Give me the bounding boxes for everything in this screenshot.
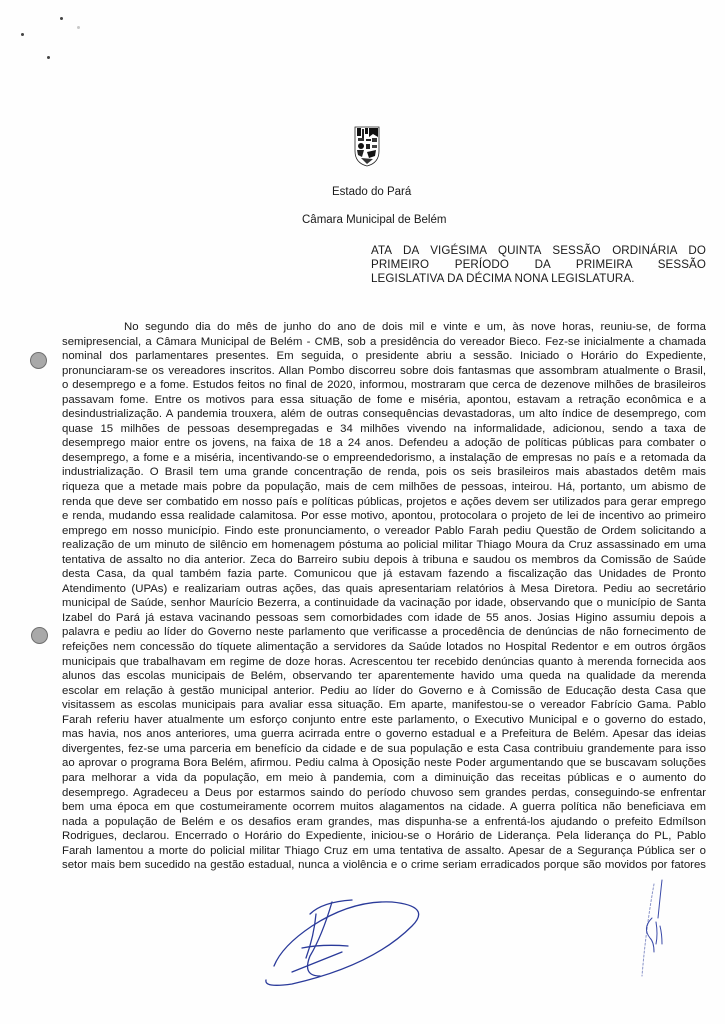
body-line: emprego em nosso município. Findo este p…: [62, 524, 706, 539]
body-line: quase 15 milhões de pessoas desempregada…: [62, 422, 706, 437]
body-line: Izabel do Pará já estava vacinando pesso…: [62, 611, 706, 626]
body-line: mas havia, nos anos anteriores, uma guer…: [62, 727, 706, 742]
body-line: desemprego, a fome e a miséria, incentiv…: [62, 451, 706, 466]
state-name: Estado do Pará: [332, 186, 411, 198]
handwritten-signature: [262, 896, 427, 992]
scan-speck: [77, 26, 80, 29]
body-line: realização de um minuto de silêncio em h…: [62, 538, 706, 553]
minutes-title-line: PRIMEIRO PERÍODO DA PRIMEIRA SESSÃO: [371, 258, 706, 272]
body-line: bem uma época em que costumeiramente oco…: [62, 800, 706, 815]
body-line: visitassem as escolas municipais para av…: [62, 698, 706, 713]
body-line: Rodrigues, declarou. Encerrado o Horário…: [62, 829, 706, 844]
body-line: riqueza que a metade mais pobre da popul…: [62, 480, 706, 495]
body-line: desta Casa, da qual também fazia parte. …: [62, 567, 706, 582]
minutes-title-line: LEGISLATIVA DA DÉCIMA NONA LEGISLATURA.: [371, 272, 706, 286]
body-line: alunos das escolas municipais de Belém, …: [62, 669, 706, 684]
body-line: Farah referiu haver atualmente um esforç…: [62, 713, 706, 728]
scan-speck: [47, 56, 50, 59]
minutes-title-line: ATA DA VIGÉSIMA QUINTA SESSÃO ORDINÁRIA …: [371, 244, 706, 258]
body-line: No segundo dia do mês de junho do ano de…: [62, 320, 706, 335]
scan-speck: [60, 17, 63, 20]
body-line: pronunciaram-se os vereadores inscritos.…: [62, 364, 706, 379]
body-line: tentativa de assalto no dia anterior. Ze…: [62, 553, 706, 568]
chamber-name: Câmara Municipal de Belém: [302, 214, 446, 226]
body-line: palavra e pediu ao líder do Governo nest…: [62, 625, 706, 640]
minutes-title: ATA DA VIGÉSIMA QUINTA SESSÃO ORDINÁRIA …: [371, 244, 706, 286]
body-line: refeições nem concessão do tíquete alime…: [62, 640, 706, 655]
body-line: ao aprovar o programa Bora Belém, afirmo…: [62, 756, 706, 771]
body-line: Farah lamentou a morte do policial milit…: [62, 844, 706, 859]
body-line: renda que deve ser combatido em nosso pa…: [62, 495, 706, 510]
body-line: desemprego. Agradeceu a Deus por estarmo…: [62, 786, 706, 801]
body-line: e renda, mudando essa realidade calamito…: [62, 509, 706, 524]
handwritten-initials: [632, 878, 672, 978]
punch-hole-top: [30, 352, 47, 369]
scan-speck: [21, 33, 24, 36]
body-line: Atendimento (UPAs) e realizariam outras …: [62, 582, 706, 597]
body-line: desemprego maior entre os jovens, na fai…: [62, 436, 706, 451]
body-line: setor mais bem sucedido na gestão estadu…: [62, 858, 706, 873]
punch-hole-bottom: [31, 627, 48, 644]
body-line: semipresencial, a Câmara Municipal de Be…: [62, 335, 706, 350]
body-line: municipais que trabalhavam em regime de …: [62, 655, 706, 670]
body-line: divergentes, fez-se uma parceria em bene…: [62, 742, 706, 757]
body-line: nominal dos parlamentares presentes. Em …: [62, 349, 706, 364]
body-line: industrialização. O Brasil tem uma grand…: [62, 465, 706, 480]
coat-of-arms-icon: [354, 125, 380, 167]
scanned-document-page: Estado do Pará Câmara Municipal de Belém…: [0, 0, 725, 1024]
body-line: passavam fome. Entre os motivos para ess…: [62, 393, 706, 408]
body-line: para melhorar a vida da população, em me…: [62, 771, 706, 786]
body-line: escolar em relação à gestão municipal an…: [62, 684, 706, 699]
body-line: desindustrialização. A pandemia trouxera…: [62, 407, 706, 422]
body-line: nada a população de Belém e os desafios …: [62, 815, 706, 830]
minutes-body: No segundo dia do mês de junho do ano de…: [62, 320, 706, 873]
body-line: municipal de Saúde, senhor Maurício Beze…: [62, 596, 706, 611]
body-line: o desemprego e a fome. Estudos feitos no…: [62, 378, 706, 393]
